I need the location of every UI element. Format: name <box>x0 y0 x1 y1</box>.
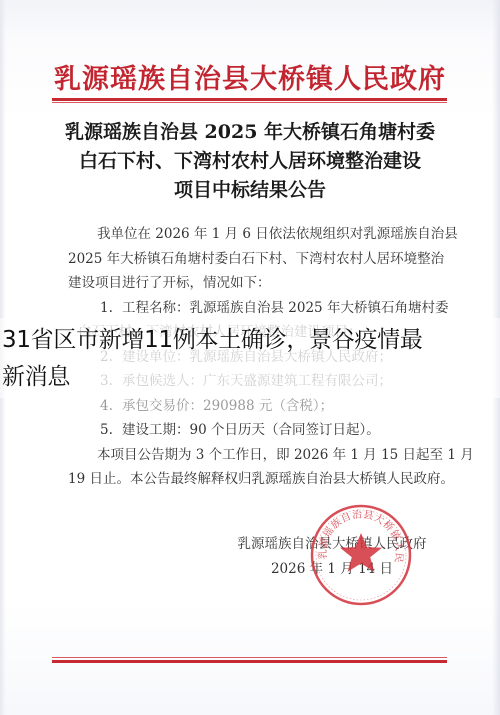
list-item-duration: 5.建设工期：90 个日历天（合同签订日起）。 <box>68 418 440 443</box>
caption-line: 新消息 <box>2 359 498 396</box>
title-line: 白石下村、下湾村农村人居环境整治建设 <box>0 147 500 176</box>
item-text: 承包交易价：290988 元（含税）； <box>122 398 333 414</box>
item-number: 1. <box>100 296 122 321</box>
closing-line: 19 日止。本公告最终解释权归乳源瑶族自治县大桥镇人民政府。 <box>68 467 440 492</box>
intro-line: 2025 年大桥镇石角塘村委白石下村、下湾村农村人居环境整治 <box>68 247 440 272</box>
intro-paragraph: 我单位在 2026 年 1 月 6 日依法依规组织对乳源瑶族自治县 2025 年… <box>68 222 440 296</box>
letterhead-title: 乳源瑶族自治县大桥镇人民政府 <box>0 62 500 98</box>
item-number: 5. <box>100 418 122 443</box>
list-item-project-name: 1.工程名称：乳源瑶族自治县 2025 年大桥镇石角塘村委 <box>68 296 440 321</box>
intro-line: 我单位在 2026 年 1 月 6 日依法依规组织对乳源瑶族自治县 <box>68 222 440 247</box>
intro-line: 建设项目进行了开标，情况如下： <box>68 271 440 296</box>
closing-paragraph: 本项目公告期为 3 个工作日，即 2026 年 1 月 15 日起至 1 月 1… <box>68 443 440 492</box>
letterhead-divider <box>52 98 447 101</box>
signature-date: 2026 年 1 月 14 日 <box>200 557 464 582</box>
footer-divider <box>52 660 447 663</box>
title-line: 项目中标结果公告 <box>0 176 500 205</box>
news-caption: 31省区市新增11例本土确诊，景谷疫情最 新消息 <box>2 322 498 396</box>
caption-line: 31省区市新增11例本土确诊，景谷疫情最 <box>2 322 498 359</box>
item-text: 工程名称：乳源瑶族自治县 2025 年大桥镇石角塘村委 <box>122 300 448 316</box>
closing-line: 本项目公告期为 3 个工作日，即 2026 年 1 月 15 日起至 1 月 <box>68 443 440 468</box>
announcement-title: 乳源瑶族自治县 2025 年大桥镇石角塘村委 白石下村、下湾村农村人居环境整治建… <box>0 118 500 205</box>
signature-org: 乳源瑶族自治县大桥镇人民政府 <box>200 532 464 557</box>
signature-block: 乳源瑶族自治县大桥镇人民政府 2026 年 1 月 14 日 <box>200 532 464 582</box>
title-line: 乳源瑶族自治县 2025 年大桥镇石角塘村委 <box>0 118 500 147</box>
item-text: 建设工期：90 个日历天（合同签订日起）。 <box>122 422 380 438</box>
